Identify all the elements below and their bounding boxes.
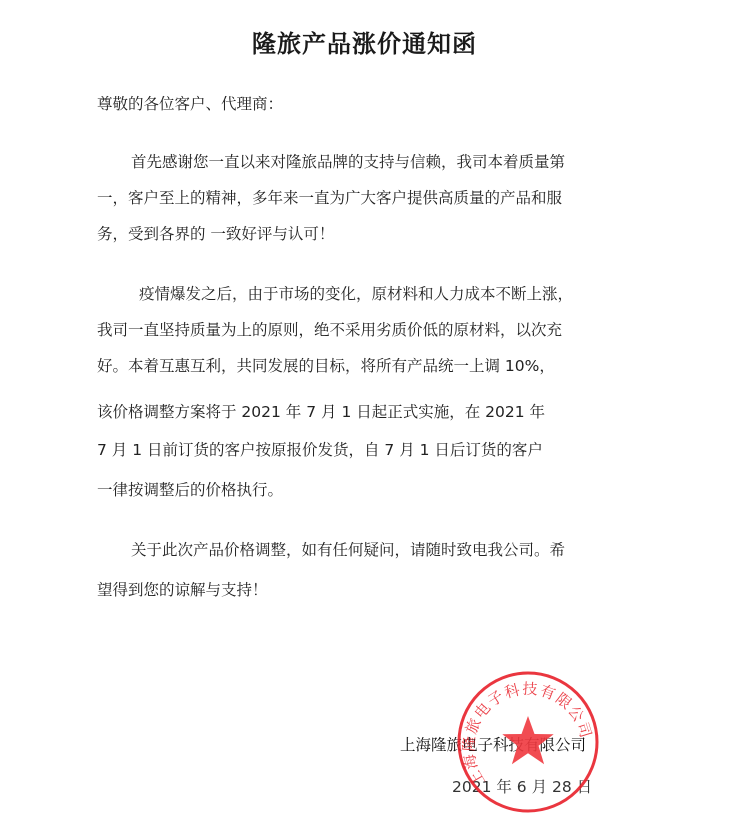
paragraph-line: 首先感谢您一直以来对隆旅品牌的支持与信赖，我司本着质量第 [131, 152, 565, 172]
salutation: 尊敬的各位客户、代理商： [97, 94, 283, 114]
paragraph-line: 务，受到各界的 一致好评与认可！ [97, 224, 334, 244]
paragraph-line: 好。本着互惠互利，共同发展的目标，将所有产品统一上调 10%， [97, 356, 555, 376]
company-stamp: 上海隆旅电子科技有限公司 [456, 670, 600, 814]
paragraph-line: 关于此次产品价格调整，如有任何疑问，请随时致电我公司。希 [131, 540, 565, 560]
paragraph-line: 一，客户至上的精神，多年来一直为广大客户提供高质量的产品和服 [97, 188, 562, 208]
paragraph-line: 望得到您的谅解与支持！ [97, 580, 268, 600]
paragraph-line: 疫情爆发之后，由于市场的变化，原材料和人力成本不断上涨， [139, 284, 573, 304]
paragraph-line: 我司一直坚持质量为上的原则，绝不采用劣质价低的原材料，以次充 [97, 320, 562, 340]
paragraph-line: 7 月 1 日前订货的客户按原报价发货，自 7 月 1 日后订货的客户 [97, 440, 543, 460]
document-title: 隆旅产品涨价通知函 [0, 24, 729, 59]
star-icon [502, 716, 553, 764]
paragraph-line: 一律按调整后的价格执行。 [97, 480, 283, 500]
paragraph-line: 该价格调整方案将于 2021 年 7 月 1 日起正式实施，在 2021 年 [97, 402, 545, 422]
